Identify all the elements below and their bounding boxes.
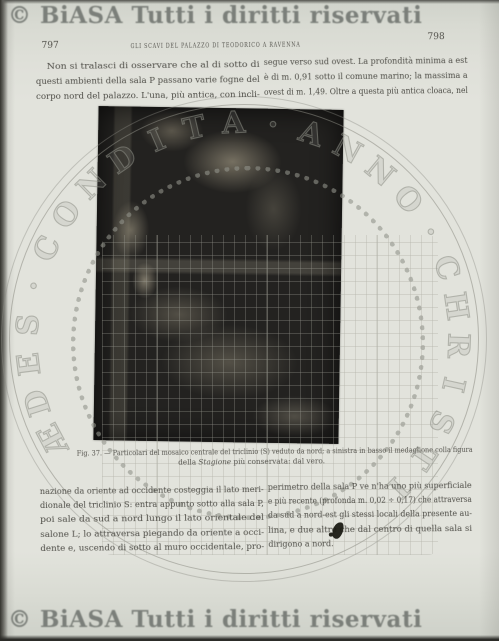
scan-edge-bottom (0, 635, 499, 641)
running-title: GLI SCAVI DEL PALAZZO DI TEODORICO A RAV… (131, 41, 301, 51)
body-line: ovest di m. 1,49. Oltre a questa più ant… (264, 83, 468, 100)
page-number-left: 797 (42, 41, 59, 51)
bottom-right-column: perimetro della sala P ve n'ha uno più s… (268, 479, 473, 552)
copyright-watermark-top: © BiASA Tutti i diritti riservati (8, 2, 422, 29)
body-line-text: corpo nord del palazzo. L'una, più antic… (36, 87, 260, 104)
caption-line-2-italic: Stagione (198, 457, 231, 466)
body-line: lina, e due altre che dal centro di quel… (268, 521, 472, 537)
body-line-text: lina, e due altre che dal centro di quel… (268, 521, 472, 537)
copyright-watermark-bottom: © BiASA Tutti i diritti riservati (8, 606, 422, 633)
scanned-page: ÆDES·CONDITA·ANNO·CHRISTI 797 GLI SCAVI … (0, 0, 499, 641)
caption-line-2-pre: della (178, 457, 198, 466)
figure-caption: Fig. 37. — Particolari del mosaico centr… (53, 445, 449, 468)
body-line: corpo nord del palazzo. L'una, più antic… (36, 87, 260, 104)
body-line-text: dente e, uscendo di sotto al muro occide… (40, 540, 264, 556)
body-line: dente e, uscendo di sotto al muro occide… (40, 540, 264, 556)
page-number-right: 798 (427, 32, 444, 42)
running-title-text: GLI SCAVI DEL PALAZZO DI TEODORICO A RAV… (131, 41, 301, 51)
caption-line-2-post: più conservata: dal vero. (231, 456, 325, 466)
body-line-text: ovest di m. 1,49. Oltre a questa più ant… (264, 83, 468, 100)
body-line: dirigono a nord. (268, 536, 472, 552)
bottom-left-column: nazione da oriente ad occidente costeggi… (40, 483, 265, 556)
printed-text-layer: 797 GLI SCAVI DEL PALAZZO DI TEODORICO A… (0, 0, 499, 641)
body-line-text: dirigono a nord. (268, 537, 333, 552)
top-right-column: segue verso sud ovest. La profondità min… (264, 53, 468, 100)
top-left-column: Non si tralasci di osservare che al di s… (36, 57, 260, 104)
